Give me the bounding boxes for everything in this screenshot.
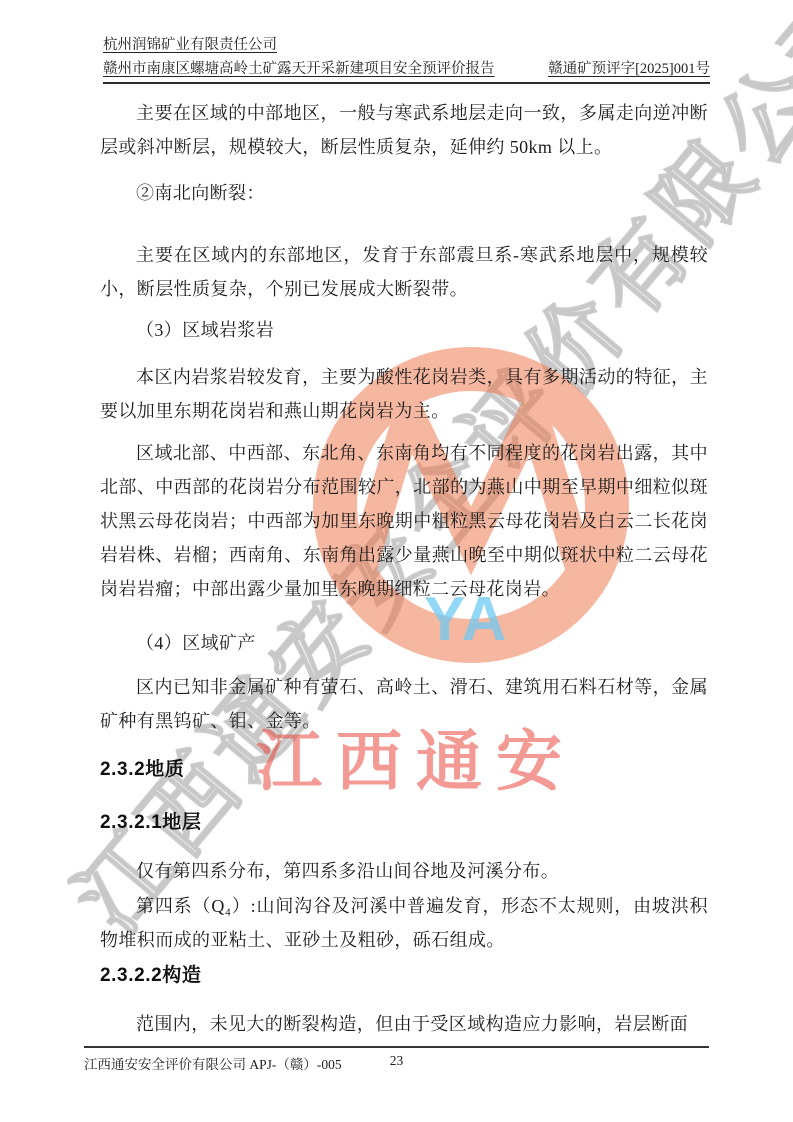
document-page: 江西通安安全评价有限公司 YA 江西通安 杭州润锦矿业有限责任公司 赣州市南康区… xyxy=(0,0,793,1122)
header-report-line: 赣州市南康区螺塘高岭土矿露天开采新建项目安全预评价报告 赣通矿预评字[2025]… xyxy=(103,58,710,84)
paragraph: 区域北部、中西部、东北角、东南角均有不同程度的花岗岩出露，其中北部、中西部的花岗… xyxy=(100,436,708,606)
paragraph: 区内已知非金属矿种有萤石、高岭土、滑石、建筑用石料石材等，金属矿种有黑钨矿、钼、… xyxy=(100,670,708,738)
page-header: 杭州润锦矿业有限责任公司 赣州市南康区螺塘高岭土矿露天开采新建项目安全预评价报告… xyxy=(103,34,710,84)
subsection-heading: 2.3.2.1地层 xyxy=(100,806,708,840)
page-number: 23 xyxy=(84,1053,709,1069)
paragraph: （4）区域矿产 xyxy=(100,626,708,660)
paragraph: 仅有第四系分布，第四系多沿山间谷地及河溪分布。 xyxy=(100,854,708,888)
subsection-heading: 2.3.2.2构造 xyxy=(100,959,708,993)
header-document-number: 赣通矿预评字[2025]001号 xyxy=(548,58,710,80)
paragraph: 范围内，未见大的断裂构造，但由于受区域构造应力影响，岩层断面 xyxy=(100,1007,708,1041)
paragraph: 第四系（Q₄）:山间沟谷及河溪中普遍发育，形态不太规则，由坡洪积物堆积而成的亚粘… xyxy=(100,889,708,957)
paragraph: 主要在区域内的东部地区，发育于东部震旦系-寒武系地层中，规模较小，断层性质复杂，… xyxy=(100,238,708,306)
document-body: 主要在区域的中部地区，一般与寒武系地层走向一致，多属走向逆冲断层或斜冲断层，规模… xyxy=(100,96,708,1041)
header-company-name: 杭州润锦矿业有限责任公司 xyxy=(103,34,710,56)
paragraph: 主要在区域的中部地区，一般与寒武系地层走向一致，多属走向逆冲断层或斜冲断层，规模… xyxy=(100,96,708,164)
paragraph: 本区内岩浆岩较发育，主要为酸性花岗岩类，具有多期活动的特征，主要以加里东期花岗岩… xyxy=(100,360,708,428)
page-footer: 江西通安安全评价有限公司 APJ-（赣）-005 23 xyxy=(84,1046,709,1073)
header-report-title: 赣州市南康区螺塘高岭土矿露天开采新建项目安全预评价报告 xyxy=(103,58,495,80)
paragraph: （3）区域岩浆岩 xyxy=(100,313,708,347)
section-heading: 2.3.2地质 xyxy=(100,753,708,787)
paragraph: ②南北向断裂： xyxy=(100,176,708,210)
